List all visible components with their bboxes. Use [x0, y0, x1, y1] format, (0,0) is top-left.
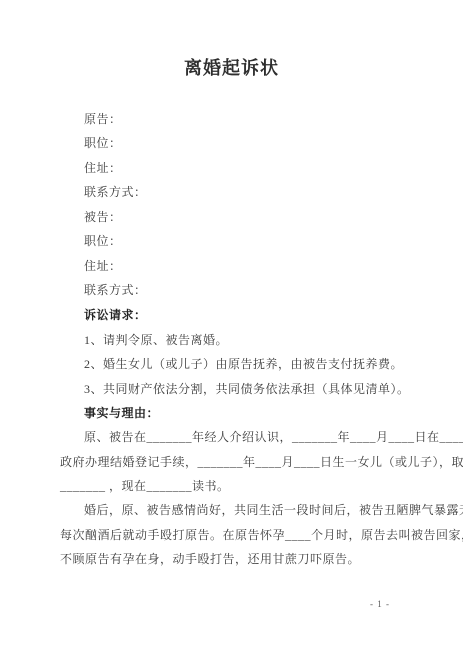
facts-paragraph-2-line-2: 每次酗酒后就动手殴打原告。在原告怀孕____个月时，原告去叫被告回家，被告	[60, 529, 405, 542]
plaintiff-contact-label: 联系方式：	[84, 186, 405, 199]
plaintiff-position-label: 职位：	[84, 137, 405, 150]
claims-heading: 诉讼请求：	[84, 309, 405, 322]
page-number: - 1 -	[370, 599, 390, 609]
plaintiff-name-label: 原告：	[84, 113, 405, 126]
defendant-position-label: 职位：	[84, 235, 405, 248]
claim-item-3: 3、共同财产依法分割，共同债务依法承担（具体见清单）。	[84, 383, 405, 396]
defendant-address-label: 住址：	[84, 260, 405, 273]
claim-item-1: 1、请判令原、被告离婚。	[84, 334, 405, 347]
defendant-contact-label: 联系方式：	[84, 284, 405, 297]
facts-paragraph-1-line-3: _______ ，现在_______读书。	[60, 480, 405, 493]
facts-heading: 事实与理由：	[84, 407, 405, 420]
facts-paragraph-2-line-1: 婚后，原、被告感情尚好，共同生活一段时间后，被告丑陋脾气暴露无遗，	[84, 504, 405, 517]
document-title: 离婚起诉状	[0, 54, 463, 80]
facts-paragraph-2-line-3: 不顾原告有孕在身，动手殴打告，还用甘蔗刀吓原告。	[60, 553, 405, 566]
claim-item-2: 2、婚生女儿（或儿子）由原告抚养，由被告支付抚养费。	[84, 358, 405, 371]
defendant-name-label: 被告：	[84, 211, 405, 224]
document-page: 离婚起诉状 原告： 职位： 住址： 联系方式： 被告： 职位： 住址： 联系方式…	[0, 0, 463, 655]
facts-paragraph-1-line-2: 政府办理结婚登记手续，_______年____月____日生一女儿（或儿子），取…	[60, 456, 405, 469]
plaintiff-address-label: 住址：	[84, 162, 405, 175]
facts-paragraph-1-line-1: 原、被告在_______年经人介绍认识，_______年____月____日在_…	[84, 431, 405, 444]
